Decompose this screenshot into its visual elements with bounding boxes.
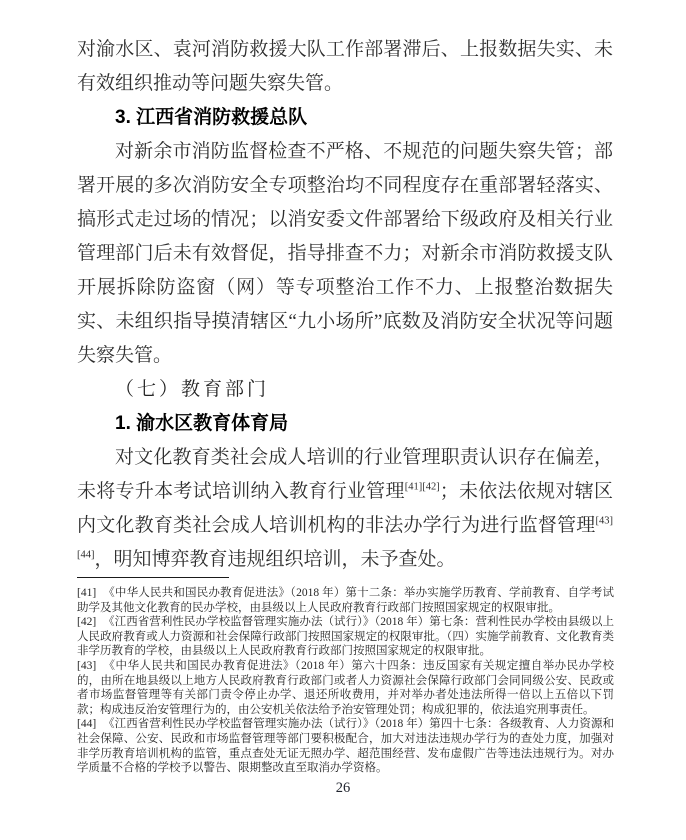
paragraph-continuation: 对渝水区、袁河消防救援大队工作部署滞后、上报数据失实、未有效组织推动等问题失察失… [77, 33, 613, 101]
body-content: 对渝水区、袁河消防救援大队工作部署滞后、上报数据失实、未有效组织推动等问题失察失… [77, 33, 613, 577]
education-text-3: ，明知博弈教育违规组织培训，未予查处。 [95, 549, 456, 570]
footnote-41-label: [41] [77, 587, 96, 599]
footnote-ref-41-42: [41][42] [405, 482, 440, 493]
section-heading-education-department: （七）教育部门 [77, 373, 613, 407]
heading-jiangxi-fire-rescue-corps: 3. 江西省消防救援总队 [77, 101, 613, 135]
footnote-44-label: [44] [77, 718, 96, 730]
footnotes-section: [41]《中华人民共和国民办教育促进法》（2018 年）第十二条：举办实施学历教… [77, 577, 614, 776]
footnote-43-label: [43] [77, 660, 96, 672]
footnote-43: [43]《中华人民共和国民办教育促进法》（2018 年）第六十四条：违反国家有关… [77, 659, 614, 717]
page-number: 26 [0, 780, 686, 797]
footnote-separator [77, 577, 229, 578]
footnote-41: [41]《中华人民共和国民办教育促进法》（2018 年）第十二条：举办实施学历教… [77, 586, 614, 615]
footnote-44-text: 《江西省营利性民办学校监督管理实施办法（试行）》（2018 年）第四十七条：各级… [77, 718, 614, 774]
footnote-44: [44]《江西省营利性民办学校监督管理实施办法（试行）》（2018 年）第四十七… [77, 717, 614, 775]
footnote-43-text: 《中华人民共和国民办教育促进法》（2018 年）第六十四条：违反国家有关规定擅自… [77, 660, 614, 716]
footnote-42-text: 《江西省营利性民办学校监督管理实施办法（试行）》（2018 年）第七条：营利性民… [77, 616, 614, 657]
document-page: 对渝水区、袁河消防救援大队工作部署滞后、上报数据失实、未有效组织推动等问题失察失… [0, 0, 686, 840]
heading-yushui-education-sports-bureau: 1. 渝水区教育体育局 [77, 407, 613, 441]
footnote-42: [42]《江西省营利性民办学校监督管理实施办法（试行）》（2018 年）第七条：… [77, 615, 614, 659]
footnote-41-text: 《中华人民共和国民办教育促进法》（2018 年）第十二条：举办实施学历教育、学前… [77, 587, 614, 614]
paragraph-education-supervision: 对文化教育类社会成人培训的行业管理职责认识存在偏差，未将专升本考试培训纳入教育行… [77, 441, 613, 577]
paragraph-fire-supervision: 对新余市消防监督检查不严格、不规范的问题失察失管；部署开展的多次消防安全专项整治… [77, 135, 613, 373]
footnote-42-label: [42] [77, 616, 96, 628]
